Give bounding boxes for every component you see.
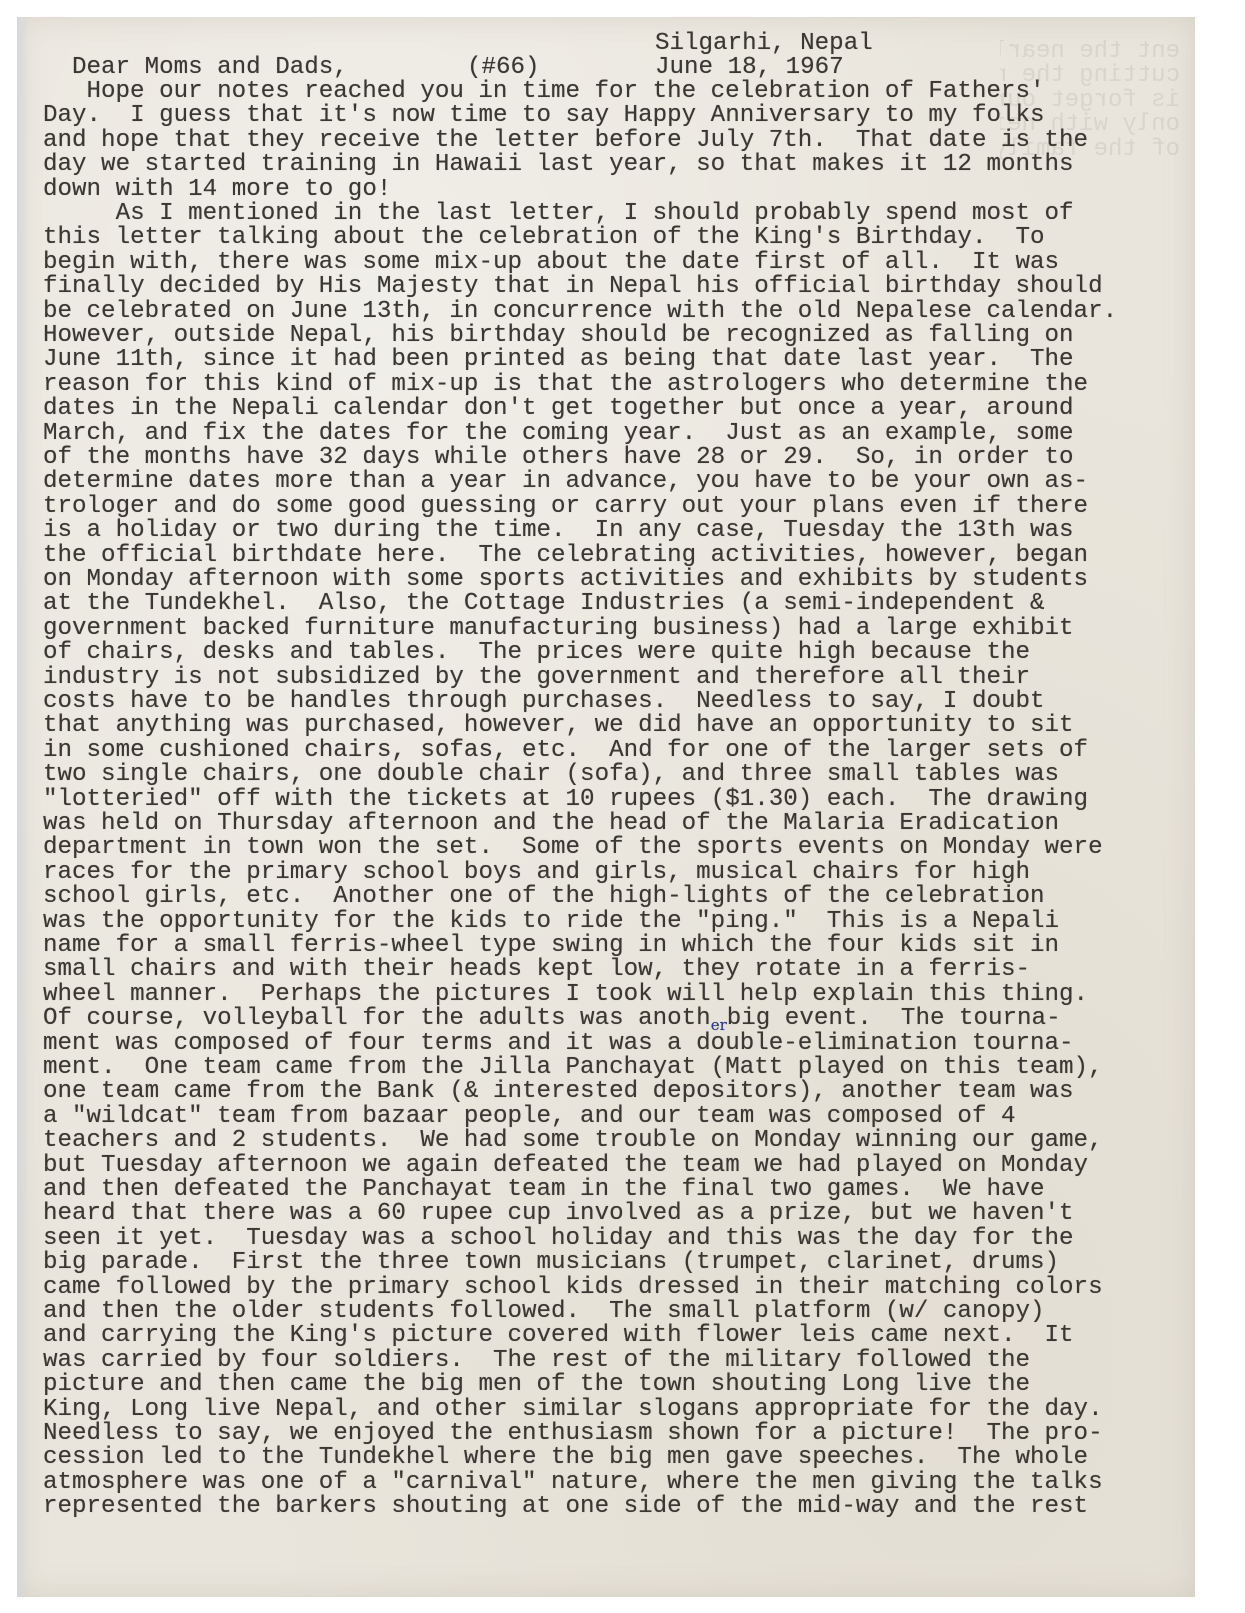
letter-line: that anything was purchased, however, we… [43,714,1074,738]
letter-line: As I mentioned in the last letter, I sho… [43,202,1074,226]
letter-line: government backed furniture manufacturin… [43,617,1074,641]
letter-line: of chairs, desks and tables. The prices … [43,641,1030,665]
letter-line: represented the barkers shouting at one … [43,1495,1088,1519]
letter-line: June 11th, since it had been printed as … [43,348,1074,372]
letter-line: of the months have 32 days while others … [43,446,1074,470]
letter-line: King, Long live Nepal, and other similar… [43,1398,1103,1422]
letter-line: ment. One team came from the Jilla Panch… [43,1056,1103,1080]
letter-line: small chairs and with their heads kept l… [43,958,1030,982]
letter-line: and hope that they receive the letter be… [43,129,1088,153]
letter-line: a "wildcat" team from bazaar people, and… [43,1105,1016,1129]
letter-line: trologer and do some good guessing or ca… [43,495,1088,519]
letter-line: However, outside Nepal, his birthday sho… [43,324,1074,348]
letter-line: ment was composed of four terms and it w… [43,1032,1074,1056]
letter-line: atmosphere was one of a "carnival" natur… [43,1471,1103,1495]
letter-line: Of course, volleyball for the adults was… [43,1007,1061,1031]
letter-line: and then defeated the Panchayat team in … [43,1178,1045,1202]
letter-line: Day. I guess that it's now time to say H… [43,104,1045,128]
letter-line: Needless to say, we enjoyed the enthusia… [43,1422,1103,1446]
letter-line: reason for this kind of mix-up is that t… [43,373,1088,397]
letter-line: industry is not subsidized by the govern… [43,666,1030,690]
letter-line: in some cushioned chairs, sofas, etc. An… [43,739,1088,763]
letter-line: one team came from the Bank (& intereste… [43,1080,1074,1104]
letter-line: name for a small ferris-wheel type swing… [43,934,1059,958]
letter-line: dates in the Nepali calendar don't get t… [43,397,1074,421]
letter-line: heard that there was a 60 rupee cup invo… [43,1202,1074,1226]
letter-line: school girls, etc. Another one of the hi… [43,885,1045,909]
letter-line: is a holiday or two during the time. In … [43,519,1074,543]
letter-line: was the opportunity for the kids to ride… [43,910,1059,934]
letter-line: and carrying the King's picture covered … [43,1324,1074,1348]
letter-line: races for the primary school boys and gi… [43,861,1030,885]
letter-line: wheel manner. Perhaps the pictures I too… [43,983,1088,1007]
letter-line: on Monday afternoon with some sports act… [43,568,1088,592]
letter-number: (#66) [467,56,540,80]
letter-line: March, and fix the dates for the coming … [43,422,1074,446]
letter-line-tail: big event. The tourna- [727,1005,1061,1032]
letter-line: finally decided by His Majesty that in N… [43,275,1103,299]
letter-date: June 18, 1967 [655,56,844,80]
letter-line: two single chairs, one double chair (sof… [43,763,1059,787]
letter-line: teachers and 2 students. We had some tro… [43,1129,1103,1153]
salutation: Dear Moms and Dads, [72,56,348,80]
letter-line: department in town won the set. Some of … [43,836,1103,860]
letter-line: seen it yet. Tuesday was a school holida… [43,1227,1074,1251]
letter-line: determine dates more than a year in adva… [43,470,1088,494]
letter-place: Silgarhi, Nepal [655,32,873,56]
letter-line: was held on Thursday afternoon and the h… [43,812,1059,836]
letter-line: begin with, there was some mix-up about … [43,251,1059,275]
letter-line: the official birthdate here. The celebra… [43,544,1088,568]
letter-line: be celebrated on June 13th, in concurren… [43,300,1117,324]
letter-line: this letter talking about the celebratio… [43,226,1045,250]
letter-line: at the Tundekhel. Also, the Cottage Indu… [43,592,1045,616]
letter-line: day we started training in Hawaii last y… [43,153,1074,177]
letter-line: came followed by the primary school kids… [43,1276,1103,1300]
letter-line: "lotteried" off with the tickets at 10 r… [43,788,1088,812]
letter-line: big parade. First the three town musicia… [43,1251,1059,1275]
letter-line: picture and then came the big men of the… [43,1373,1030,1397]
letter-line: but Tuesday afternoon we again defeated … [43,1154,1088,1178]
letter-line: costs have to be handles through purchas… [43,690,1045,714]
letter-line: Hope our notes reached you in time for t… [87,80,1045,104]
letter-line: cession led to the Tundekhel where the b… [43,1446,1088,1470]
letter-line: down with 14 more to go! [43,178,391,202]
letter-line: was carried by four soldiers. The rest o… [43,1349,1030,1373]
letter-line: and then the older students followed. Th… [43,1300,1045,1324]
